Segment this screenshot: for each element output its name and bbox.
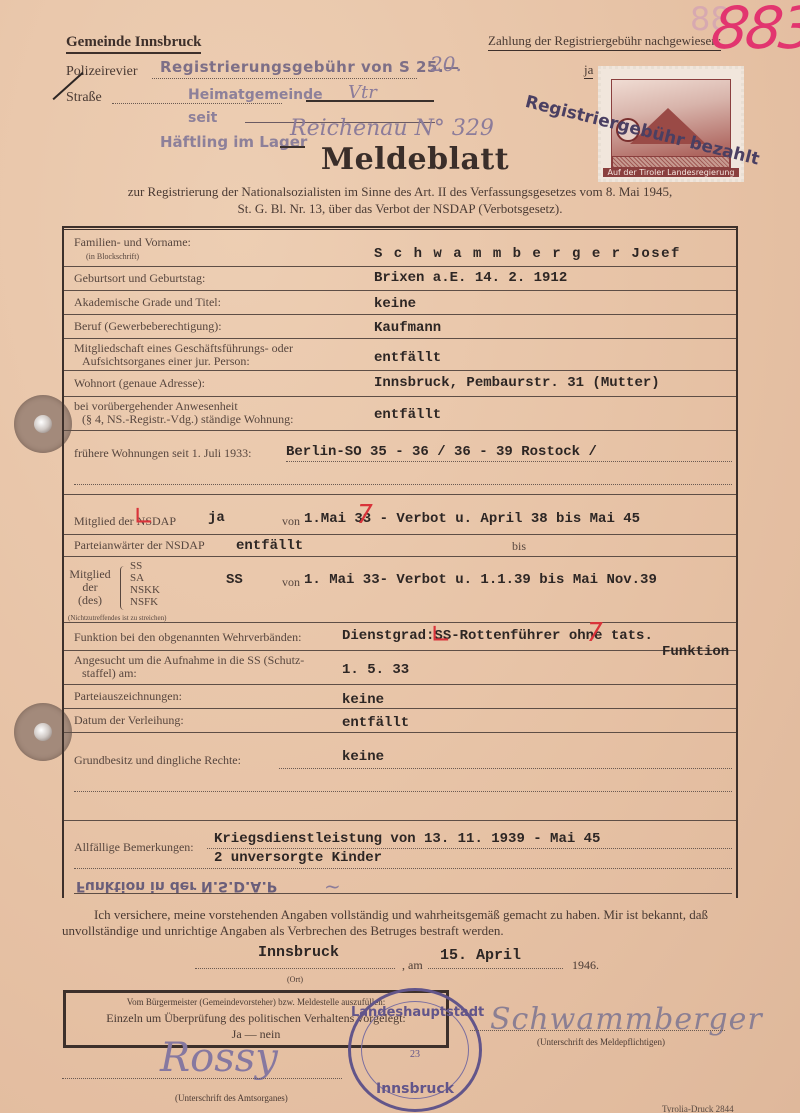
profession-value: Kaufmann xyxy=(374,320,441,336)
payment-answer: ja xyxy=(584,62,593,79)
date-line xyxy=(428,968,563,969)
title-text: Meldeblatt xyxy=(321,142,509,177)
row-temporary-residence: bei vorübergehender Anwesenheit (§ 4, NS… xyxy=(64,396,736,431)
am-label: , am xyxy=(402,958,423,973)
awards-label: Parteiauszeichnungen: xyxy=(74,690,182,703)
row-board-membership: Mitgliedschaft eines Geschäftsführungs- … xyxy=(64,338,736,371)
row-award-date: Datum der Verleihung: entfällt xyxy=(64,708,736,733)
function-nsdap-stamp: Funktion in der N.S.D.A.P xyxy=(76,878,277,894)
award-date-label: Datum der Verleihung: xyxy=(74,714,184,727)
printer-mark: Tyrolia-Druck 2844 xyxy=(662,1104,734,1113)
row-property: Grundbesitz und dingliche Rechte: keine xyxy=(64,732,736,821)
ss-application-value: 1. 5. 33 xyxy=(342,662,409,678)
official-signature-line xyxy=(62,1078,342,1079)
grommet-icon xyxy=(34,723,52,741)
street-field xyxy=(112,103,282,104)
nsdap-value: ja xyxy=(208,510,225,526)
academic-value: keine xyxy=(374,296,416,312)
remarks-value-1: Kriegsdienstleistung von 13. 11. 1939 - … xyxy=(214,831,600,847)
red-bracket-open-2: ∟ xyxy=(430,620,452,650)
registrant-signature-caption: (Unterschrift des Meldepflichtigen) xyxy=(537,1037,665,1047)
place-value: Innsbruck xyxy=(258,944,339,961)
fee-stamp: Registrierungsgebühr von S 25.— xyxy=(160,58,460,76)
remarks-value-2: 2 unversorgte Kinder xyxy=(214,850,382,866)
home-municipality-handwritten: Vtr xyxy=(348,82,377,103)
row-party-candidate: Parteianwärter der NSDAP entfällt bis xyxy=(64,534,736,557)
row-former-residences: frühere Wohnungen seit 1. Juli 1933: Ber… xyxy=(64,430,736,495)
year-value: 1946. xyxy=(572,958,599,973)
candidate-label: Parteianwärter der NSDAP xyxy=(74,539,205,552)
row-birth: Geburtsort und Geburtstag: Brixen a.E. 1… xyxy=(64,266,736,291)
name-sublabel: (in Blockschrift) xyxy=(86,250,139,263)
former-line-2 xyxy=(74,484,732,485)
ss-application-label-2: staffel) am: xyxy=(82,667,137,680)
red-bracket-open-1: ∟ xyxy=(133,502,155,532)
grommet-icon xyxy=(34,415,52,433)
seal-bottom-text: Innsbruck xyxy=(351,1081,479,1097)
seal-top-text: Landeshauptstadt xyxy=(351,1005,479,1020)
row-awards: Parteiauszeichnungen: keine xyxy=(64,684,736,709)
declaration-text: Ich versichere, meine vorstehenden Angab… xyxy=(62,907,737,939)
city-seal: Landeshauptstadt 23 Innsbruck xyxy=(348,988,482,1112)
property-label: Grundbesitz und dingliche Rechte: xyxy=(74,754,241,767)
payment-label: Zahlung der Registriergebühr nachgewiese… xyxy=(488,33,721,51)
since-stamp: seit xyxy=(188,110,217,126)
org-value: SS xyxy=(226,572,243,588)
row-organizations: Mitglied der (des) SS SA NSKK NSFK (Nich… xyxy=(64,556,736,623)
org-von-label: von xyxy=(282,576,300,589)
file-number: 883 xyxy=(707,0,800,62)
property-line-2 xyxy=(74,791,732,792)
date-value: 15. April xyxy=(440,947,521,964)
registrant-signature: Schwammberger xyxy=(490,1002,763,1037)
home-municipality-stamp: Heimatgemeinde xyxy=(188,87,323,103)
org-label-3: (des) xyxy=(68,594,112,607)
birth-label: Geburtsort und Geburtstag: xyxy=(74,272,205,285)
fee-handwritten: 20. xyxy=(430,52,462,76)
board-value: entfällt xyxy=(374,350,441,366)
academic-label: Akademische Grade und Titel: xyxy=(74,296,221,309)
board-label-2: Aufsichtsorganes einer jur. Person: xyxy=(82,355,250,368)
name-value: S c h w a m m b e r g e r Josef xyxy=(374,246,681,262)
candidate-value: entfällt xyxy=(236,538,303,554)
remarks-label: Allfällige Bemerkungen: xyxy=(74,841,194,854)
subtitle-line-2: St. G. Bl. Nr. 13, über das Verbot der N… xyxy=(0,201,800,217)
row-ss-application: Angesucht um die Aufnahme in die SS (Sch… xyxy=(64,650,736,685)
municipality-heading: Gemeinde Innsbruck xyxy=(66,34,201,54)
place-line xyxy=(195,968,395,969)
camp-handwritten: Reichenau N° 329 xyxy=(290,116,494,141)
registration-form: Familien- und Vorname: (in Blockschrift)… xyxy=(62,226,738,898)
org-period: 1. Mai 33- Verbot u. 1.1.39 bis Mai Nov.… xyxy=(304,572,657,588)
name-label: Familien- und Vorname: xyxy=(74,236,191,249)
place-caption: (Ort) xyxy=(287,975,303,984)
award-date-value: entfällt xyxy=(342,715,409,731)
official-signature: Rossy xyxy=(160,1035,278,1081)
candidate-bis-label: bis xyxy=(512,540,526,553)
official-signature-caption: (Unterschrift des Amtsorganes) xyxy=(175,1093,288,1103)
row-nsdap-membership: Mitglied der NSDAP ja von 1.Mai 33 - Ver… xyxy=(64,494,736,535)
property-line-1 xyxy=(279,768,732,769)
remarks-line-2 xyxy=(74,868,732,869)
registrant-signature-line xyxy=(470,1030,725,1031)
row-function: Funktion bei den obgenannten Wehrverbänd… xyxy=(64,622,736,651)
subtitle-line-1: zur Registrierung der Nationalsozialiste… xyxy=(0,184,800,200)
row-academic: Akademische Grade und Titel: keine xyxy=(64,290,736,315)
street-label: Straße xyxy=(66,90,102,106)
row-residence: Wohnort (genaue Adresse): Innsbruck, Pem… xyxy=(64,370,736,397)
residence-label: Wohnort (genaue Adresse): xyxy=(74,377,205,390)
police-district-field xyxy=(152,78,417,79)
stamp-scribble: ~ xyxy=(324,874,341,898)
row-name: Familien- und Vorname: (in Blockschrift)… xyxy=(64,228,736,267)
awards-value: keine xyxy=(342,692,384,708)
row-profession: Beruf (Gewerbeberechtigung): Kaufmann xyxy=(64,314,736,339)
birth-value: Brixen a.E. 14. 2. 1912 xyxy=(374,270,567,286)
org-option-nsfk: NSFK xyxy=(130,596,158,609)
former-line-1 xyxy=(286,461,732,462)
remarks-bottom-rule xyxy=(74,893,732,894)
nsdap-von-label: von xyxy=(282,515,300,528)
temporary-value: entfällt xyxy=(374,407,441,423)
remarks-line-1 xyxy=(207,848,732,849)
function-label: Funktion bei den obgenannten Wehrverbänd… xyxy=(74,631,301,644)
nsdap-label: Mitglied der NSDAP xyxy=(74,515,176,528)
former-value: Berlin-SO 35 - 36 / 36 - 39 Rostock / xyxy=(286,444,597,460)
former-label: frühere Wohnungen seit 1. Juli 1933: xyxy=(74,447,251,460)
profession-label: Beruf (Gewerbeberechtigung): xyxy=(74,320,222,333)
property-value: keine xyxy=(342,749,384,765)
page-title: Meldeblatt xyxy=(0,142,800,177)
org-brace xyxy=(120,566,125,610)
row-remarks: Allfällige Bemerkungen: Kriegsdienstleis… xyxy=(64,820,736,898)
seal-number: 23 xyxy=(351,1049,479,1060)
function-value: Dienstgrad:SS-Rottenführer ohne tats. xyxy=(342,628,653,644)
residence-value: Innsbruck, Pembaurstr. 31 (Mutter) xyxy=(374,375,660,391)
temporary-label-2: (§ 4, NS.-Registr.-Vdg.) ständige Wohnun… xyxy=(82,413,293,426)
